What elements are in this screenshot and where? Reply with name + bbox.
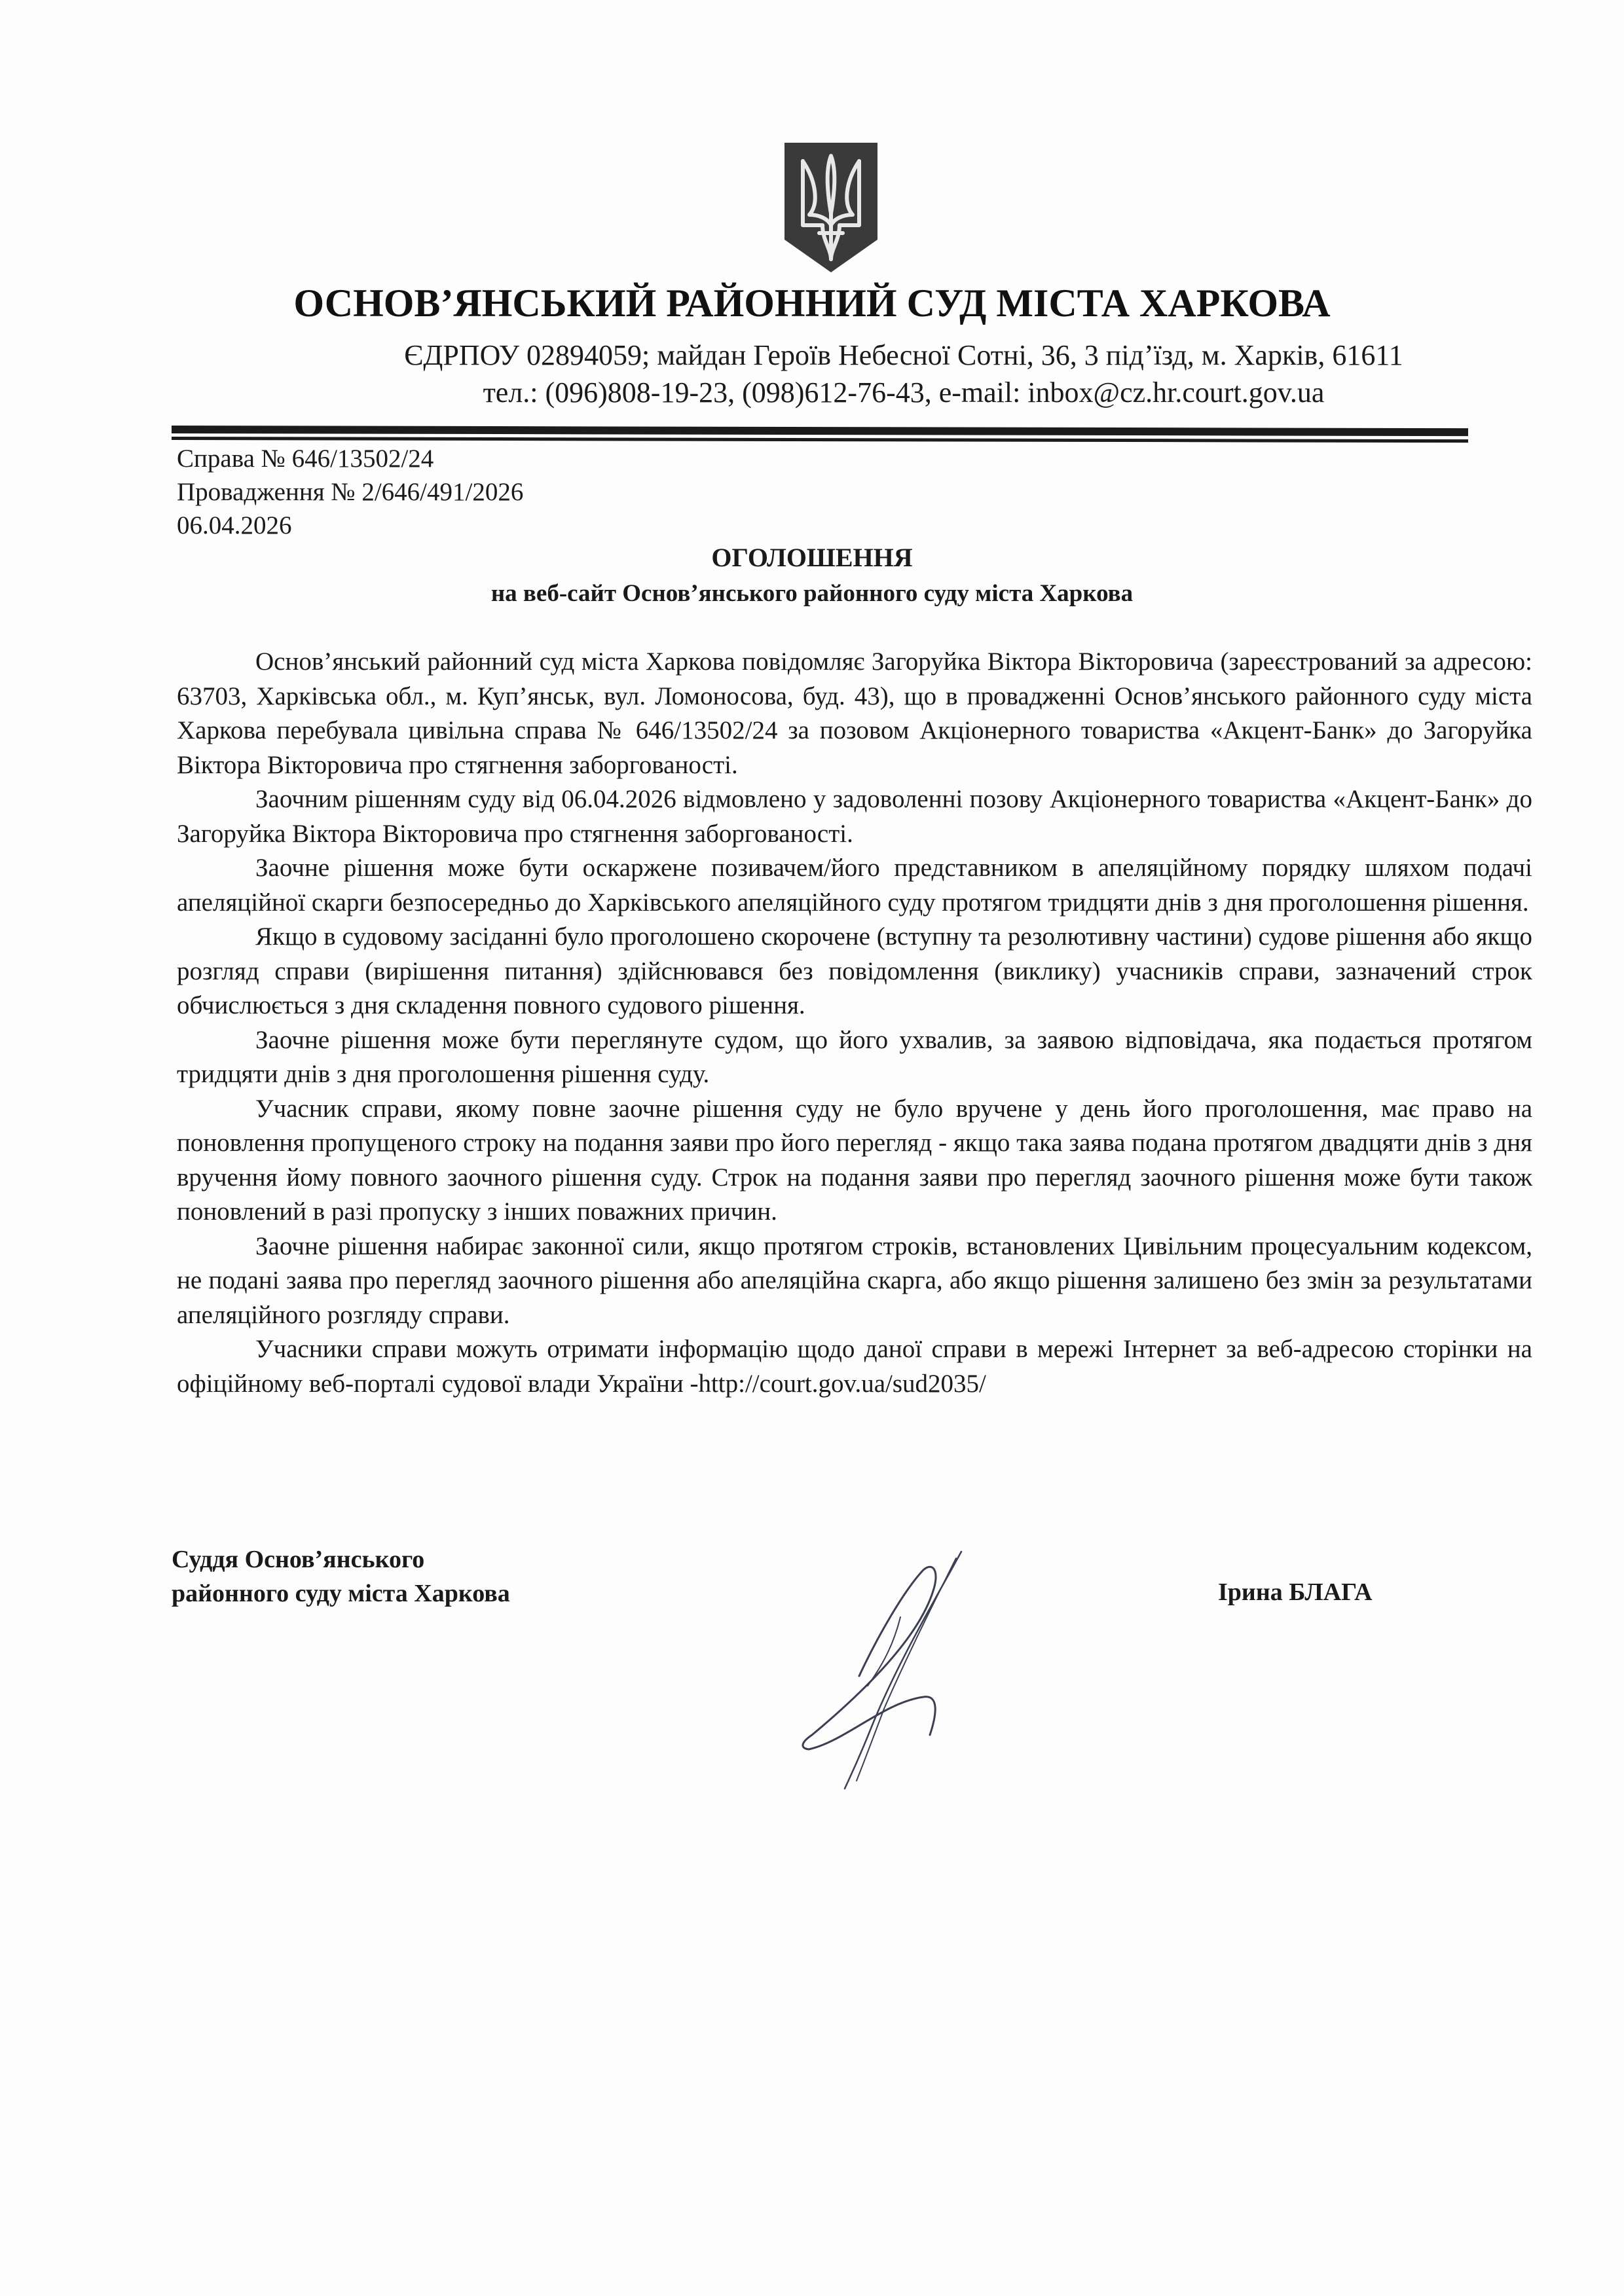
- proceeding-number: Провадження № 2/646/491/2026: [177, 475, 523, 509]
- judge-position-line-2: районного суду міста Харкова: [172, 1576, 510, 1611]
- document-title: ОГОЛОШЕННЯ: [0, 545, 1624, 571]
- court-address: ЄДРПОУ 02894059; майдан Героїв Небесної …: [92, 341, 1624, 370]
- paragraph-appeal: Заочне рішення може бути оскаржене позив…: [177, 851, 1532, 920]
- judge-position-line-1: Суддя Основ’янського: [172, 1542, 510, 1576]
- paragraph-review: Заочне рішення може бути переглянуте суд…: [177, 1023, 1532, 1092]
- paragraph-shortened-decision: Якщо в судовому засіданні було проголоше…: [177, 920, 1532, 1023]
- judge-position: Суддя Основ’янського районного суду міст…: [172, 1542, 510, 1611]
- handwritten-signature-icon: [753, 1539, 1094, 1813]
- case-meta: Справа № 646/13502/24 Провадження № 2/64…: [177, 442, 523, 542]
- announcement-body: Основ’янський районний суд міста Харкова…: [177, 645, 1532, 1401]
- judge-name: Ірина БЛАГА: [1218, 1576, 1373, 1609]
- document-subtitle: на веб-сайт Основ’янського районного суд…: [0, 581, 1624, 606]
- trident-emblem-icon: [783, 141, 879, 274]
- court-contacts: тел.: (096)808-19-23, (098)612-76-43, e-…: [92, 378, 1624, 407]
- document-page: ОСНОВ’ЯНСЬКИЙ РАЙОННИЙ СУД МІСТА ХАРКОВА…: [0, 0, 1624, 2296]
- court-name: ОСНОВ’ЯНСЬКИЙ РАЙОННИЙ СУД МІСТА ХАРКОВА: [0, 283, 1624, 323]
- case-number: Справа № 646/13502/24: [177, 442, 523, 475]
- document-date: 06.04.2026: [177, 509, 523, 542]
- paragraph-renewal: Учасник справи, якому повне заочне рішен…: [177, 1092, 1532, 1230]
- paragraph-legal-force: Заочне рішення набирає законної сили, як…: [177, 1230, 1532, 1333]
- paragraph-notice: Основ’янський районний суд міста Харкова…: [177, 645, 1532, 782]
- paragraph-web-info: Учасники справи можуть отримати інформац…: [177, 1332, 1532, 1401]
- header-divider-thick: [172, 426, 1468, 436]
- paragraph-decision: Заочним рішенням суду від 06.04.2026 від…: [177, 782, 1532, 851]
